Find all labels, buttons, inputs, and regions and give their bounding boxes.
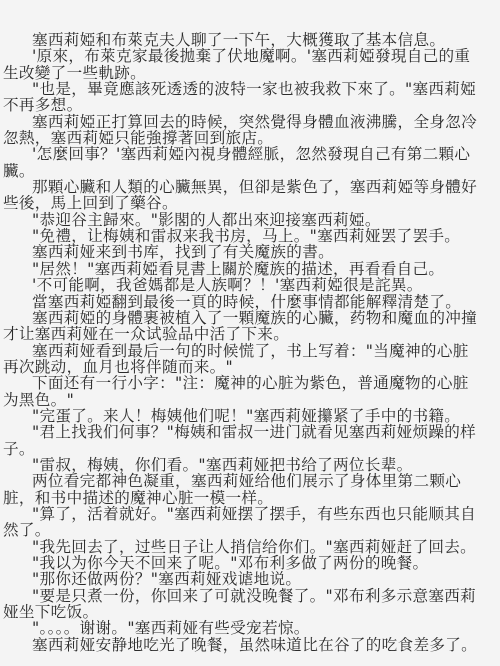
paragraph: "那你还做两份？"塞西莉娅戏谑地说。 bbox=[3, 571, 483, 587]
paragraph: 塞西莉婭正打算回去的時候，突然覺得身體血液沸騰，全身忽冷忽熱，塞西莉婭只能強撐著… bbox=[3, 114, 483, 147]
paragraph: "。。。。谢谢。"塞西莉娅有些受宠若惊。 bbox=[3, 620, 483, 636]
paragraph: "免禮，让梅姨和雷叔来我书房，马上。"塞西莉娅罢了罢手。 bbox=[3, 228, 483, 244]
document-page: 塞西莉婭和布萊克夫人聊了一下午，大概獲取了基本信息。 '原來，布萊克家最後拋棄了… bbox=[3, 32, 483, 653]
paragraph: "要是只煮一份，你回来了可就没晚餐了。"邓布利多示意塞西莉娅坐下吃饭。 bbox=[3, 588, 483, 621]
paragraph: 塞西莉婭的身體裹被植入了一顆魔族的心臟，药物和魔血的冲撞才让塞西莉娅在一众试验品… bbox=[3, 310, 483, 343]
paragraph: "我以为你今天不回来了呢。"邓布利多做了两份的晚餐。 bbox=[3, 555, 483, 571]
paragraph: "也是，畢竟應該死透透的波特一家也被我救下來了。"塞西莉婭不再多想。 bbox=[3, 81, 483, 114]
paragraph: "居然！"塞西莉婭看見書上關於魔族的描述，再看看自己。 bbox=[3, 261, 483, 277]
paragraph: "恭迎谷主歸來。"影閣的人都出來迎接塞西莉婭。 bbox=[3, 212, 483, 228]
paragraph: "算了，活着就好。"塞西莉娅摆了摆手，有些东西也只能顺其自然了。 bbox=[3, 506, 483, 539]
paragraph: 塞西莉娅安静地吃光了晚餐，虽然味道比在谷了的吃食差多了。 bbox=[3, 637, 483, 653]
paragraph: 塞西莉婭和布萊克夫人聊了一下午，大概獲取了基本信息。 bbox=[3, 32, 483, 48]
paragraph: 下面还有一行小字："注：魔神的心脏为紫色，普通魔物的心脏为黑色。" bbox=[3, 375, 483, 408]
paragraph: 當塞西莉婭翻到最後一頁的時候，什麼事情都能解釋清楚了。 bbox=[3, 294, 483, 310]
paragraph: "完蛋了。来人！梅姨他们呢！"塞西莉娅攥紧了手中的书籍。 bbox=[3, 408, 483, 424]
paragraph: '原來，布萊克家最後拋棄了伏地魔啊。'塞西莉婭發現自己的重生改變了一些軌跡。 bbox=[3, 48, 483, 81]
paragraph: 两位看完都神色凝重，塞西莉娅给他们展示了身体里第二颗心脏，和书中描述的魔神心脏一… bbox=[3, 473, 483, 506]
paragraph: '怎麼回事？'塞西莉婭內視身體經脈，忽然發現自己有第二顆心臟。 bbox=[3, 146, 483, 179]
paragraph: '不可能啊，我爸媽都是人族啊？！'塞西莉婭很是詫異。 bbox=[3, 277, 483, 293]
paragraph: "雷叔，梅姨，你们看。"塞西莉娅把书给了两位长辈。 bbox=[3, 457, 483, 473]
paragraph: 塞西莉娅看到最后一句的时候慌了，书上写着："当魔神的心脏再次跳动，血月也将伴随而… bbox=[3, 343, 483, 376]
paragraph: 那顆心臟和人類的心臟無異，但卻是紫色了，塞西莉婭等身體好些後，馬上回到了藥谷。 bbox=[3, 179, 483, 212]
paragraph: 塞西莉娅来到书库，找到了有关魔族的書。 bbox=[3, 244, 483, 260]
paragraph: "君上找我们何事？"梅姨和雷叔一进门就看见塞西莉娅烦躁的样子。 bbox=[3, 424, 483, 457]
paragraph: "我先回去了，过些日子让人捎信给你们。"塞西莉娅赶了回去。 bbox=[3, 539, 483, 555]
